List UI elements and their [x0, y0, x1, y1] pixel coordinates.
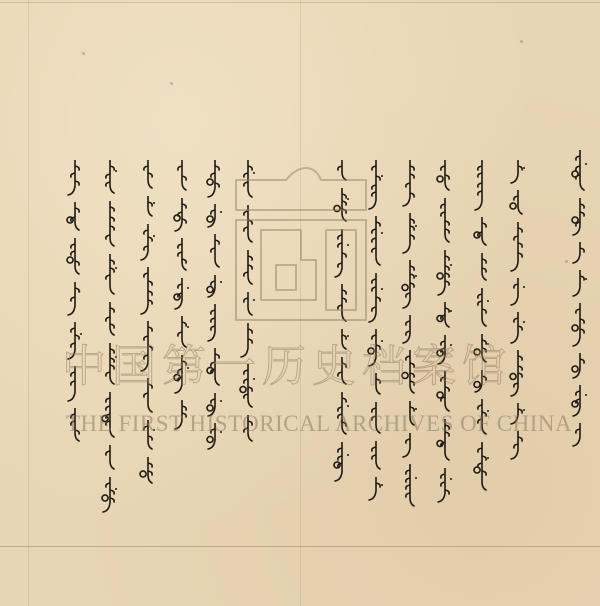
manchu-word-glyph	[434, 468, 456, 503]
manchu-word-glyph	[399, 464, 421, 508]
manchu-word-glyph	[365, 477, 387, 501]
manchu-word-glyph	[99, 201, 121, 248]
manchu-word-glyph	[331, 442, 353, 482]
manchu-word-glyph	[137, 457, 159, 485]
manchu-word-glyph	[569, 242, 591, 264]
manchu-word-glyph	[569, 303, 591, 347]
paper-speck	[82, 52, 85, 55]
manchu-word-glyph	[365, 441, 387, 471]
manchu-word-glyph	[507, 190, 529, 216]
manchu-word-glyph	[399, 160, 421, 207]
manchu-word-glyph	[569, 150, 591, 192]
manchu-word-glyph	[171, 198, 193, 232]
manchu-word-glyph	[137, 224, 159, 261]
manchu-word-glyph	[99, 445, 121, 471]
manchu-column	[399, 160, 421, 514]
manchu-word-glyph	[171, 238, 193, 272]
manchu-column	[569, 150, 591, 453]
watermark-english: THE FIRST HISTORICAL ARCHIVES OF CHINA	[66, 410, 546, 438]
manchu-word-glyph	[507, 222, 529, 272]
manchu-word-glyph	[471, 288, 493, 328]
manchu-word-glyph	[137, 160, 159, 190]
manchu-word-glyph	[434, 160, 456, 192]
manchu-word-glyph	[507, 160, 529, 184]
manchu-word-glyph	[171, 160, 193, 192]
watermark-chinese: 中国第一历史档案馆	[62, 343, 542, 391]
manchu-word-glyph	[569, 385, 591, 417]
manchu-word-glyph	[434, 250, 456, 296]
manchu-word-glyph	[99, 302, 121, 337]
manchu-word-glyph	[471, 442, 493, 492]
manchu-word-glyph	[507, 312, 529, 344]
manchu-word-glyph	[471, 160, 493, 211]
manchu-column	[137, 160, 159, 491]
paper-fold-line	[28, 0, 29, 606]
manuscript-page: 中国第一历史档案馆 THE FIRST HISTORICAL ARCHIVES …	[0, 0, 600, 606]
manchu-word-glyph	[204, 304, 226, 342]
manchu-word-glyph	[399, 213, 421, 254]
manchu-word-glyph	[569, 423, 591, 447]
manchu-word-glyph	[399, 260, 421, 309]
manchu-word-glyph	[64, 238, 86, 276]
manchu-word-glyph	[64, 160, 86, 196]
manchu-word-glyph	[399, 315, 421, 344]
manchu-word-glyph	[99, 477, 121, 513]
manchu-word-glyph	[569, 270, 591, 297]
bottom-border-rule	[0, 546, 600, 547]
manchu-word-glyph	[507, 278, 529, 306]
paper-speck	[520, 40, 523, 43]
manchu-word-glyph	[99, 160, 121, 195]
manchu-word-glyph	[204, 234, 226, 269]
manchu-word-glyph	[64, 202, 86, 232]
manchu-column	[434, 160, 456, 509]
manchu-column	[99, 160, 121, 519]
manchu-column	[171, 160, 193, 436]
paper-speck	[170, 82, 173, 85]
manchu-column	[64, 160, 86, 449]
manchu-word-glyph	[434, 302, 456, 329]
manchu-word-glyph	[204, 204, 226, 228]
manchu-word-glyph	[569, 353, 591, 379]
manchu-word-glyph	[99, 254, 121, 296]
manchu-column	[471, 160, 493, 498]
manchu-word-glyph	[471, 253, 493, 282]
manchu-word-glyph	[137, 196, 159, 218]
manchu-word-glyph	[471, 217, 493, 247]
manchu-word-glyph	[569, 198, 591, 236]
paper-speck	[565, 260, 568, 263]
manchu-word-glyph	[204, 160, 226, 198]
manchu-word-glyph	[204, 275, 226, 298]
manchu-word-glyph	[64, 282, 86, 316]
manchu-word-glyph	[137, 267, 159, 315]
manchu-word-glyph	[434, 198, 456, 244]
manchu-word-glyph	[171, 278, 193, 310]
archive-seal-logo-icon	[226, 150, 376, 330]
